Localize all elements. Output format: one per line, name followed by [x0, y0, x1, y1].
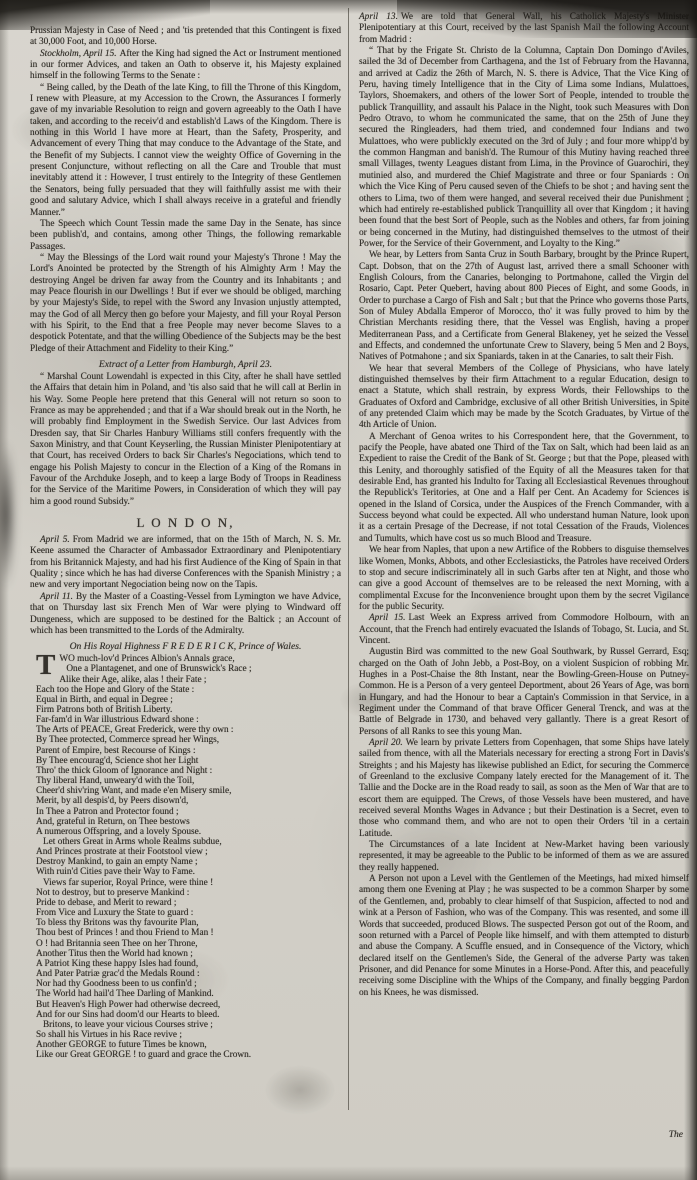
paragraph-text: Last Week an Express arrived from Commod…: [359, 613, 689, 646]
paragraph-text: A Merchant of Genoa writes to his Corres…: [359, 432, 689, 544]
paragraph-text: We are told that General Wall, his Catho…: [359, 12, 689, 45]
news-paragraph: April 11.By the Master of a Coasting-Ves…: [30, 592, 341, 637]
news-paragraph: April 20.We learn by private Letters fro…: [359, 738, 689, 840]
dateline: April 5.: [40, 535, 73, 545]
left-column: Prussian Majesty in Case of Need ; and '…: [30, 26, 341, 1060]
news-paragraph-letter: “ Marshal Count Lowendahl is expected in…: [30, 372, 341, 508]
paragraph-text: Prussian Majesty in Case of Need ; and '…: [30, 26, 341, 47]
column-divider-rule: [348, 8, 349, 1110]
news-paragraph: A Person not upon a Level with the Gentl…: [359, 874, 689, 999]
dateline: April 20.: [369, 738, 406, 748]
paragraph-text: “ That by the Frigate St. Christo de la …: [359, 46, 689, 249]
news-paragraph: We hear, by Letters from Santa Cruz in S…: [359, 250, 689, 363]
news-paragraph: The Speech which Count Tessin made the s…: [30, 219, 341, 253]
catchword: The: [669, 1130, 683, 1140]
paragraph-text: We hear, by Letters from Santa Cruz in S…: [359, 250, 689, 362]
news-paragraph-speech: “ Being called, by the Death of the late…: [30, 83, 341, 219]
news-paragraph: Prussian Majesty in Case of Need ; and '…: [30, 26, 341, 49]
paragraph-text: From Madrid we are informed, that on the…: [30, 535, 341, 590]
news-paragraph-speech: “ May the Blessings of the Lord wait rou…: [30, 253, 341, 355]
paragraph-text: Augustin Bird was committed to the new G…: [359, 647, 689, 736]
paragraph-text: We hear from Naples, that upon a new Art…: [359, 545, 689, 612]
section-heading-hamburgh-extract: Extract of a Letter from Hamburgh, April…: [30, 359, 341, 370]
dateline: April 15.: [369, 613, 408, 623]
news-paragraph: The Circumstances of a late Incident at …: [359, 840, 689, 874]
news-paragraph: April 13.We are told that General Wall, …: [359, 12, 689, 46]
dateline: April 13.: [359, 12, 401, 22]
news-paragraph: Augustin Bird was committed to the new G…: [359, 647, 689, 738]
news-paragraph: Stockholm, April 15.After the King had s…: [30, 49, 341, 83]
news-paragraph: We hear from Naples, that upon a new Art…: [359, 545, 689, 613]
section-heading-london: L O N D O N,: [30, 516, 341, 529]
paragraph-text: A Person not upon a Level with the Gentl…: [359, 874, 689, 997]
paragraph-text: “ Being called, by the Death of the late…: [30, 83, 341, 218]
dateline: April 11.: [40, 592, 76, 602]
paragraph-text: “ Marshal Count Lowendahl is expected in…: [30, 372, 341, 507]
news-paragraph: A Merchant of Genoa writes to his Corres…: [359, 432, 689, 545]
news-paragraph: April 15.Last Week an Express arrived fr…: [359, 613, 689, 647]
paragraph-text: We learn by private Letters from Copenha…: [359, 738, 689, 839]
paragraph-text: The Speech which Count Tessin made the s…: [30, 219, 341, 252]
poem-text: WO much-lov'd Princes Albion's Annals gr…: [36, 654, 252, 1060]
news-paragraph: We hear that several Members of the Coll…: [359, 364, 689, 432]
paragraph-text: “ May the Blessings of the Lord wait rou…: [30, 253, 341, 354]
poem-frederick: TWO much-lov'd Princes Albion's Annals g…: [36, 654, 341, 1060]
paragraph-text: The Circumstances of a late Incident at …: [359, 840, 689, 873]
news-paragraph-madrid-account: “ That by the Frigate St. Christo de la …: [359, 46, 689, 250]
newspaper-page: Prussian Majesty in Case of Need ; and '…: [0, 0, 697, 1180]
paragraph-text: We hear that several Members of the Coll…: [359, 364, 689, 431]
news-paragraph: April 5.From Madrid we are informed, tha…: [30, 535, 341, 592]
paragraph-text: By the Master of a Coasting-Vessel from …: [30, 592, 341, 636]
dateline: Stockholm, April 15.: [40, 49, 120, 59]
right-column: April 13.We are told that General Wall, …: [359, 12, 689, 999]
poem-dropcap: T: [36, 654, 59, 675]
poem-heading-frederick: On His Royal Highness F R E D E R I C K,…: [30, 641, 341, 652]
